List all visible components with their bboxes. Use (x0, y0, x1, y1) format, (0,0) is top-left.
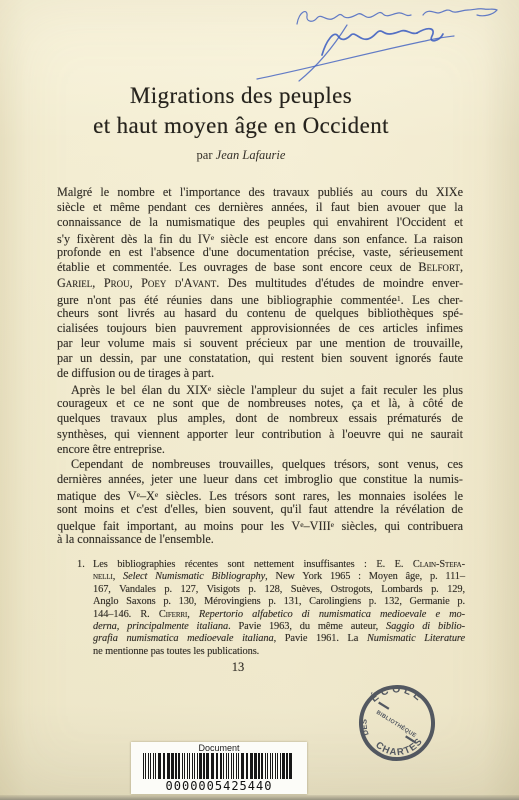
text-segment: grafia numismatica medioevale italiana (93, 633, 274, 644)
text-segment: Anglo Saxons p. 130, Mérovingiens p. 131… (93, 596, 465, 607)
article-title-line2: et haut moyen âge en Occident (0, 113, 482, 139)
text-segment: sont moins et c'est d'elles, bien souven… (57, 502, 463, 516)
text-segment: ne mentionne pas toutes les publications… (93, 646, 259, 657)
text-line: sont moins et c'est d'elles, bien souven… (57, 502, 463, 517)
text-segment: siècles. Les trésors sont rares, les mon… (158, 489, 463, 503)
article-byline: par Jean Lafaurie (0, 148, 482, 163)
text-segment: par un dessin, par une constatation, qui… (57, 351, 463, 365)
text-line: quelque fait important, au moins pour le… (57, 517, 463, 532)
text-segment: Belfort (418, 260, 460, 274)
text-segment: matique des V (57, 489, 137, 503)
footnote-marker: 1. (77, 559, 85, 571)
stamp-bar-left (378, 702, 389, 710)
barcode-title: Document (198, 743, 239, 753)
text-segment: profonde en est l'absence d'une document… (57, 245, 463, 259)
text-line: s'y fixèrent dès la fin du IVe siècle es… (57, 230, 463, 245)
text-segment: quelques travaux plus amples, dont de no… (57, 411, 463, 425)
text-segment: Clain-Stefa- (413, 559, 465, 570)
text-line: cialisées toujours bien pauvrement appro… (57, 321, 463, 336)
text-segment: Les bibliographies récentes sont netteme… (93, 559, 413, 570)
handwriting-stroke (417, 29, 443, 41)
text-segment: –VIII (304, 519, 331, 533)
text-segment: cheurs sont livrés au hasard du contenu … (57, 306, 463, 320)
text-segment: courageux et ce ne sont que de nombreuse… (57, 396, 463, 410)
barcode-label: Document 0000005425440 (131, 742, 307, 794)
page-number: 13 (0, 660, 476, 675)
text-segment: , New York 1965 : Moyen âge, p. 111– (265, 571, 465, 582)
text-line: Après le bel élan du XIXe siècle l'ample… (57, 381, 463, 396)
text-line: dernières années, jeter une lueur dans c… (57, 472, 463, 487)
handwriting-stroke (423, 9, 497, 16)
text-segment: Malgré le nombre et l'importance des tra… (57, 185, 463, 199)
text-line: quelques travaux plus amples, dont de no… (57, 411, 463, 426)
text-segment: 167, Vandales p. 127, Visigots p. 128, S… (93, 584, 465, 595)
text-line: Les bibliographies récentes sont netteme… (93, 559, 465, 571)
text-line: courageux et ce ne sont que de nombreuse… (57, 396, 463, 411)
text-segment: . Des multitudes d'études de moindre env… (216, 276, 463, 290)
text-segment: Repertorio alfabetico di numismatica med… (199, 609, 465, 620)
text-line: par leur volume mais si souvent précieux… (57, 336, 463, 351)
text-segment: dernières années, jeter une lueur dans c… (57, 472, 463, 486)
text-line: gure n'ont pas été réunies dans une bibl… (57, 291, 463, 306)
text-segment: nelli (93, 571, 113, 582)
text-segment: . Les cher- (401, 293, 463, 307)
byline-prefix: par (197, 148, 213, 162)
scanned-page: Migrations des peuples et haut moyen âge… (0, 0, 519, 800)
barcode-bars (143, 753, 295, 779)
text-segment: siècle et même pendant ces dernières ann… (57, 200, 463, 214)
text-line: connaissance de la numismatique des peup… (57, 215, 463, 230)
text-segment: de diffusion ou de tirages à part. (57, 366, 214, 380)
text-line: synthèses, qui viennent apporter leur co… (57, 427, 463, 442)
text-line: siècle et même pendant ces dernières ann… (57, 200, 463, 215)
text-segment: siècle l'ampleur du sujet a fait reculer… (211, 383, 463, 397)
text-segment: , (187, 609, 199, 620)
handwritten-dedication (225, 0, 515, 92)
stamp-top-text: ÉCOLE (367, 681, 426, 710)
text-segment: . Pavie 1963, du même auteur, (228, 621, 386, 632)
text-segment: Numismatic Literature (367, 633, 465, 644)
text-line: matique des Ve–Xe siècles. Les trésors s… (57, 487, 463, 502)
text-segment: quelque fait important, au moins pour le… (57, 519, 300, 533)
text-line: établie et commentée. Les ouvrages de ba… (57, 260, 463, 275)
text-segment: s'y fixèrent dès la fin du IV (57, 232, 211, 246)
text-line: Malgré le nombre et l'importance des tra… (57, 185, 463, 200)
text-line: 144–146. R. Ciferri, Repertorio alfabeti… (93, 609, 465, 621)
text-segment: Select Numismatic Bibliography (123, 571, 265, 582)
text-segment: , Pavie 1961. La (274, 633, 367, 644)
barcode-number: 0000005425440 (166, 779, 273, 793)
text-segment: Après le bel élan du XIX (71, 383, 208, 397)
text-segment: cialisées toujours bien pauvrement appro… (57, 321, 463, 335)
text-line: cheurs sont livrés au hasard du contenu … (57, 306, 463, 321)
text-segment: siècles, qui contribuera (334, 519, 463, 533)
scan-bottom-edge (0, 795, 519, 800)
text-segment: établie et commentée. Les ouvrages de ba… (57, 260, 418, 274)
text-line: de diffusion ou de tirages à part. (57, 366, 463, 381)
text-segment: Cependant de nombreuses trouvailles, que… (71, 457, 463, 471)
text-segment: encore être entreprise. (57, 442, 165, 456)
text-segment: Gariel, Prou, Poey d'Avant (57, 276, 216, 290)
article-body: Malgré le nombre et l'importance des tra… (57, 185, 463, 547)
text-segment: connaissance de la numismatique des peup… (57, 215, 463, 229)
footnote-lines: Les bibliographies récentes sont netteme… (93, 559, 465, 658)
handwriting-stroke (322, 31, 417, 55)
text-line: encore être entreprise. (57, 442, 463, 457)
text-segment: siècle est encore dans son enfance. La r… (214, 232, 463, 246)
text-line: nelli, Select Numismatic Bibliography, N… (93, 571, 465, 583)
text-segment: , (460, 260, 463, 274)
text-segment: gure n'ont pas été réunies dans une bibl… (57, 293, 397, 307)
text-line: à la connaissance de l'ensemble. (57, 532, 463, 547)
text-line: 167, Vandales p. 127, Visigots p. 128, S… (93, 584, 465, 596)
text-segment: derna, principalmente italiana (93, 621, 228, 632)
handwriting-stroke (257, 36, 454, 79)
text-segment: , (113, 571, 123, 582)
text-segment: 144–146. R. (93, 609, 159, 620)
barcode-gap (292, 753, 294, 779)
text-line: Anglo Saxons p. 130, Mérovingiens p. 131… (93, 596, 465, 608)
text-line: Gariel, Prou, Poey d'Avant. Des multitud… (57, 276, 463, 291)
text-segment: à la connaissance de l'ensemble. (57, 532, 214, 546)
text-line: profonde en est l'absence d'une document… (57, 245, 463, 260)
text-segment: Saggio di biblio- (386, 621, 465, 632)
text-line: derna, principalmente italiana. Pavie 19… (93, 621, 465, 633)
text-line: grafia numismatica medioevale italiana, … (93, 633, 465, 645)
text-segment: Ciferri (159, 609, 187, 620)
stamp-center-text: BIBLIOTHÈQUE (375, 708, 418, 739)
text-line: ne mentionne pas toutes les publications… (93, 646, 465, 658)
library-stamp: DES ÉCOLE CHARTES BIBLIOTHÈQUE (353, 679, 441, 767)
handwriting-stroke (297, 12, 411, 24)
article-title-line1: Migrations des peuples (0, 83, 482, 109)
text-segment: par leur volume mais si souvent précieux… (57, 336, 463, 350)
text-segment: synthèses, qui viennent apporter leur co… (57, 427, 463, 441)
text-line: Cependant de nombreuses trouvailles, que… (57, 457, 463, 472)
text-segment: –X (140, 489, 155, 503)
byline-author: Jean Lafaurie (216, 148, 286, 162)
text-line: par un dessin, par une constatation, qui… (57, 351, 463, 366)
